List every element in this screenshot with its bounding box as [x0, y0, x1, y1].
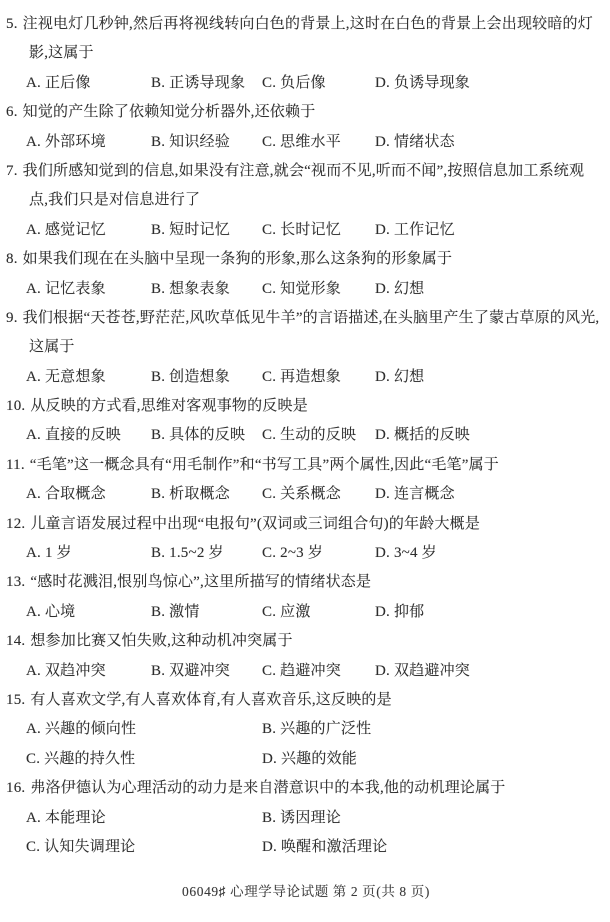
- option-text: 知觉形象: [280, 281, 341, 297]
- option-label: A.: [26, 369, 41, 385]
- option-text: 唤醒和激活理论: [281, 839, 387, 855]
- option-label: D.: [375, 486, 390, 502]
- option-label: C.: [262, 486, 276, 502]
- option-text: 应激: [280, 604, 310, 620]
- options-row: A.感觉记忆 B.短时记忆 C.长时记忆 D.工作记忆: [6, 216, 606, 245]
- question-13: 13.“感时花溅泪,恨别鸟惊心”,这里所描写的情绪状态是 A.心境 B.激情 C…: [6, 568, 606, 627]
- option-b: B.知识经验: [151, 128, 262, 157]
- question-12: 12.儿童言语发展过程中出现“电报句”(双词或三词组合句)的年龄大概是 A.1 …: [6, 510, 606, 569]
- options-row: A.1 岁 B.1.5~2 岁 C.2~3 岁 D.3~4 岁: [6, 539, 606, 568]
- option-c: C.关系概念: [262, 480, 375, 509]
- option-label: A.: [26, 810, 41, 826]
- option-label: C.: [262, 604, 276, 620]
- option-d: D.3~4 岁: [375, 539, 606, 568]
- option-text: 正诱导现象: [169, 75, 245, 91]
- option-text: 连言概念: [394, 486, 455, 502]
- question-stem-text: 弗洛伊德认为心理活动的动力是来自潜意识中的本我,他的动机理论属于: [30, 780, 505, 796]
- option-a: A.合取概念: [26, 480, 151, 509]
- question-stem: 6.知觉的产生除了依赖知觉分析器外,还依赖于: [6, 98, 606, 127]
- option-c: C.认知失调理论: [26, 833, 262, 862]
- option-text: 短时记忆: [169, 222, 230, 238]
- option-a: A.记忆表象: [26, 275, 151, 304]
- options-row: A.合取概念 B.析取概念 C.关系概念 D.连言概念: [6, 480, 606, 509]
- option-text: 兴趣的效能: [281, 751, 357, 767]
- option-label: D.: [375, 75, 390, 91]
- option-c: C.负后像: [262, 69, 375, 98]
- question-stem: 13.“感时花溅泪,恨别鸟惊心”,这里所描写的情绪状态是: [6, 568, 606, 597]
- question-stem-continuation: 点,我们只是对信息进行了: [6, 186, 606, 215]
- option-label: B.: [151, 75, 165, 91]
- option-label: B.: [262, 810, 276, 826]
- option-text: 具体的反映: [169, 427, 245, 443]
- option-label: A.: [26, 604, 41, 620]
- option-d: D.幻想: [375, 363, 606, 392]
- option-b: B.双避冲突: [151, 657, 262, 686]
- option-label: A.: [26, 721, 41, 737]
- question-number: 12.: [6, 516, 25, 532]
- option-label: D.: [375, 427, 390, 443]
- options-row: A.直接的反映 B.具体的反映 C.生动的反映 D.概括的反映: [6, 421, 606, 450]
- option-d: D.兴趣的效能: [262, 745, 606, 774]
- option-b: B.正诱导现象: [151, 69, 262, 98]
- option-text: 情绪状态: [394, 134, 455, 150]
- option-text: 外部环境: [45, 134, 106, 150]
- option-text: 无意想象: [45, 369, 106, 385]
- option-text: 合取概念: [45, 486, 106, 502]
- option-c: C.知觉形象: [262, 275, 375, 304]
- question-stem-text: 想参加比赛又怕失败,这种动机冲突属于: [30, 633, 292, 649]
- page-footer: 06049♯ 心理学导论试题 第 2 页(共 8 页): [6, 882, 606, 902]
- option-label: C.: [262, 134, 276, 150]
- option-b: B.诱因理论: [262, 804, 606, 833]
- option-label: B.: [151, 281, 165, 297]
- option-text: 兴趣的广泛性: [280, 721, 371, 737]
- option-a: A.兴趣的倾向性: [26, 715, 262, 744]
- option-label: D.: [262, 751, 277, 767]
- option-text: 想象表象: [169, 281, 230, 297]
- option-text: 创造想象: [169, 369, 230, 385]
- option-b: B.激情: [151, 598, 262, 627]
- question-stem-text: 我们根据“天苍苍,野茫茫,风吹草低见牛羊”的言语描述,在头脑里产生了蒙古草原的风…: [23, 310, 600, 326]
- question-stem-text: 注视电灯几秒钟,然后再将视线转向白色的背景上,这时在白色的背景上会出现较暗的灯: [23, 16, 593, 32]
- option-text: 兴趣的持久性: [44, 751, 135, 767]
- option-label: A.: [26, 75, 41, 91]
- option-d: D.负诱导现象: [375, 69, 606, 98]
- option-c: C.思维水平: [262, 128, 375, 157]
- question-6: 6.知觉的产生除了依赖知觉分析器外,还依赖于 A.外部环境 B.知识经验 C.思…: [6, 98, 606, 157]
- option-label: D.: [375, 281, 390, 297]
- option-c: C.长时记忆: [262, 216, 375, 245]
- option-text: 负诱导现象: [394, 75, 470, 91]
- question-number: 16.: [6, 780, 25, 796]
- question-14: 14.想参加比赛又怕失败,这种动机冲突属于 A.双趋冲突 B.双避冲突 C.趋避…: [6, 627, 606, 686]
- question-stem-text: “毛笔”这一概念具有“用毛制作”和“书写工具”两个属性,因此“毛笔”属于: [30, 457, 499, 473]
- option-a: A.本能理论: [26, 804, 262, 833]
- question-stem: 10.从反映的方式看,思维对客观事物的反映是: [6, 392, 606, 421]
- question-stem-continuation: 这属于: [6, 333, 606, 362]
- question-number: 11.: [6, 457, 25, 473]
- option-text: 3~4 岁: [394, 545, 437, 561]
- option-b: B.创造想象: [151, 363, 262, 392]
- option-d: D.概括的反映: [375, 421, 606, 450]
- option-label: A.: [26, 486, 41, 502]
- option-text: 2~3 岁: [280, 545, 323, 561]
- option-label: C.: [262, 281, 276, 297]
- options-row: A.心境 B.激情 C.应激 D.抑郁: [6, 598, 606, 627]
- options-row: A.记忆表象 B.想象表象 C.知觉形象 D.幻想: [6, 275, 606, 304]
- option-text: 记忆表象: [45, 281, 106, 297]
- option-a: A.正后像: [26, 69, 151, 98]
- options-row: A.正后像 B.正诱导现象 C.负后像 D.负诱导现象: [6, 69, 606, 98]
- option-text: 析取概念: [169, 486, 230, 502]
- options-row: A.双趋冲突 B.双避冲突 C.趋避冲突 D.双趋避冲突: [6, 657, 606, 686]
- option-text: 幻想: [394, 369, 424, 385]
- options-row: A.无意想象 B.创造想象 C.再造想象 D.幻想: [6, 363, 606, 392]
- question-stem-text: 从反映的方式看,思维对客观事物的反映是: [30, 398, 308, 414]
- question-number: 8.: [6, 251, 18, 267]
- option-text: 长时记忆: [280, 222, 341, 238]
- question-number: 15.: [6, 692, 25, 708]
- question-stem-text: 如果我们现在在头脑中呈现一条狗的形象,那么这条狗的形象属于: [23, 251, 453, 267]
- question-5: 5.注视电灯几秒钟,然后再将视线转向白色的背景上,这时在白色的背景上会出现较暗的…: [6, 10, 606, 98]
- question-stem: 7.我们所感知觉到的信息,如果没有注意,就会“视而不见,听而不闻”,按照信息加工…: [6, 157, 606, 186]
- option-label: D.: [375, 369, 390, 385]
- option-text: 概括的反映: [394, 427, 470, 443]
- question-number: 13.: [6, 574, 25, 590]
- options-row: C.兴趣的持久性 D.兴趣的效能: [6, 745, 606, 774]
- option-label: B.: [151, 486, 165, 502]
- option-label: D.: [375, 663, 390, 679]
- question-stem: 12.儿童言语发展过程中出现“电报句”(双词或三词组合句)的年龄大概是: [6, 510, 606, 539]
- option-text: 本能理论: [45, 810, 106, 826]
- option-a: A.外部环境: [26, 128, 151, 157]
- option-text: 1 岁: [45, 545, 72, 561]
- option-label: D.: [375, 545, 390, 561]
- option-b: B.想象表象: [151, 275, 262, 304]
- option-text: 正后像: [45, 75, 91, 91]
- question-15: 15.有人喜欢文学,有人喜欢体育,有人喜欢音乐,这反映的是 A.兴趣的倾向性 B…: [6, 686, 606, 774]
- question-stem: 5.注视电灯几秒钟,然后再将视线转向白色的背景上,这时在白色的背景上会出现较暗的…: [6, 10, 606, 39]
- option-c: C.生动的反映: [262, 421, 375, 450]
- option-d: D.情绪状态: [375, 128, 606, 157]
- exam-page: 5.注视电灯几秒钟,然后再将视线转向白色的背景上,这时在白色的背景上会出现较暗的…: [0, 0, 610, 922]
- option-b: B.具体的反映: [151, 421, 262, 450]
- option-label: B.: [151, 545, 165, 561]
- option-label: B.: [151, 663, 165, 679]
- option-label: C.: [262, 369, 276, 385]
- option-text: 生动的反映: [280, 427, 356, 443]
- option-text: 兴趣的倾向性: [45, 721, 136, 737]
- option-label: C.: [262, 427, 276, 443]
- option-text: 知识经验: [169, 134, 230, 150]
- question-number: 5.: [6, 16, 18, 32]
- option-d: D.抑郁: [375, 598, 606, 627]
- option-text: 工作记忆: [394, 222, 455, 238]
- option-a: A.直接的反映: [26, 421, 151, 450]
- question-number: 14.: [6, 633, 25, 649]
- question-number: 7.: [6, 163, 18, 179]
- question-7: 7.我们所感知觉到的信息,如果没有注意,就会“视而不见,听而不闻”,按照信息加工…: [6, 157, 606, 245]
- question-number: 6.: [6, 104, 18, 120]
- question-stem-text: 知觉的产生除了依赖知觉分析器外,还依赖于: [23, 104, 316, 120]
- option-text: 直接的反映: [45, 427, 121, 443]
- option-label: C.: [262, 75, 276, 91]
- option-d: D.双趋避冲突: [375, 657, 606, 686]
- question-number: 10.: [6, 398, 25, 414]
- option-label: A.: [26, 222, 41, 238]
- question-9: 9.我们根据“天苍苍,野茫茫,风吹草低见牛羊”的言语描述,在头脑里产生了蒙古草原…: [6, 304, 606, 392]
- option-d: D.幻想: [375, 275, 606, 304]
- question-stem-text: “感时花溅泪,恨别鸟惊心”,这里所描写的情绪状态是: [30, 574, 371, 590]
- option-text: 感觉记忆: [45, 222, 106, 238]
- option-label: B.: [151, 369, 165, 385]
- option-label: C.: [262, 663, 276, 679]
- option-label: B.: [151, 134, 165, 150]
- option-text: 认知失调理论: [44, 839, 135, 855]
- question-stem: 16.弗洛伊德认为心理活动的动力是来自潜意识中的本我,他的动机理论属于: [6, 774, 606, 803]
- option-label: C.: [26, 751, 40, 767]
- option-text: 1.5~2 岁: [169, 545, 224, 561]
- question-11: 11.“毛笔”这一概念具有“用毛制作”和“书写工具”两个属性,因此“毛笔”属于 …: [6, 451, 606, 510]
- option-text: 双趋避冲突: [394, 663, 470, 679]
- option-label: C.: [262, 545, 276, 561]
- question-stem-text: 儿童言语发展过程中出现“电报句”(双词或三词组合句)的年龄大概是: [30, 516, 480, 532]
- option-c: C.2~3 岁: [262, 539, 375, 568]
- option-b: B.析取概念: [151, 480, 262, 509]
- options-row: A.外部环境 B.知识经验 C.思维水平 D.情绪状态: [6, 128, 606, 157]
- question-stem: 9.我们根据“天苍苍,野茫茫,风吹草低见牛羊”的言语描述,在头脑里产生了蒙古草原…: [6, 304, 606, 333]
- option-label: C.: [26, 839, 40, 855]
- option-a: A.1 岁: [26, 539, 151, 568]
- option-c: C.应激: [262, 598, 375, 627]
- option-d: D.唤醒和激活理论: [262, 833, 606, 862]
- option-c: C.再造想象: [262, 363, 375, 392]
- option-text: 心境: [45, 604, 75, 620]
- question-stem: 8.如果我们现在在头脑中呈现一条狗的形象,那么这条狗的形象属于: [6, 245, 606, 274]
- option-text: 再造想象: [280, 369, 341, 385]
- option-text: 激情: [169, 604, 199, 620]
- option-label: D.: [262, 839, 277, 855]
- option-label: D.: [375, 222, 390, 238]
- option-label: A.: [26, 545, 41, 561]
- option-d: D.连言概念: [375, 480, 606, 509]
- option-text: 双趋冲突: [45, 663, 106, 679]
- option-text: 诱因理论: [280, 810, 341, 826]
- question-stem: 14.想参加比赛又怕失败,这种动机冲突属于: [6, 627, 606, 656]
- question-stem-text: 我们所感知觉到的信息,如果没有注意,就会“视而不见,听而不闻”,按照信息加工系统…: [23, 163, 585, 179]
- question-stem: 11.“毛笔”这一概念具有“用毛制作”和“书写工具”两个属性,因此“毛笔”属于: [6, 451, 606, 480]
- option-label: D.: [375, 604, 390, 620]
- option-b: B.兴趣的广泛性: [262, 715, 606, 744]
- option-a: A.双趋冲突: [26, 657, 151, 686]
- option-label: B.: [151, 427, 165, 443]
- question-16: 16.弗洛伊德认为心理活动的动力是来自潜意识中的本我,他的动机理论属于 A.本能…: [6, 774, 606, 862]
- option-b: B.1.5~2 岁: [151, 539, 262, 568]
- option-a: A.感觉记忆: [26, 216, 151, 245]
- option-label: A.: [26, 663, 41, 679]
- question-stem-continuation: 影,这属于: [6, 39, 606, 68]
- option-c: C.趋避冲突: [262, 657, 375, 686]
- option-label: C.: [262, 222, 276, 238]
- option-text: 负后像: [280, 75, 326, 91]
- question-stem: 15.有人喜欢文学,有人喜欢体育,有人喜欢音乐,这反映的是: [6, 686, 606, 715]
- question-10: 10.从反映的方式看,思维对客观事物的反映是 A.直接的反映 B.具体的反映 C…: [6, 392, 606, 451]
- option-text: 思维水平: [280, 134, 341, 150]
- option-text: 幻想: [394, 281, 424, 297]
- option-b: B.短时记忆: [151, 216, 262, 245]
- options-row: A.本能理论 B.诱因理论: [6, 804, 606, 833]
- option-text: 抑郁: [394, 604, 424, 620]
- options-row: C.认知失调理论 D.唤醒和激活理论: [6, 833, 606, 862]
- option-label: A.: [26, 427, 41, 443]
- option-c: C.兴趣的持久性: [26, 745, 262, 774]
- option-text: 关系概念: [280, 486, 341, 502]
- option-label: B.: [262, 721, 276, 737]
- option-label: A.: [26, 281, 41, 297]
- option-label: B.: [151, 604, 165, 620]
- option-a: A.心境: [26, 598, 151, 627]
- options-row: A.兴趣的倾向性 B.兴趣的广泛性: [6, 715, 606, 744]
- option-text: 双避冲突: [169, 663, 230, 679]
- question-stem-text: 有人喜欢文学,有人喜欢体育,有人喜欢音乐,这反映的是: [30, 692, 391, 708]
- question-8: 8.如果我们现在在头脑中呈现一条狗的形象,那么这条狗的形象属于 A.记忆表象 B…: [6, 245, 606, 304]
- option-d: D.工作记忆: [375, 216, 606, 245]
- option-text: 趋避冲突: [280, 663, 341, 679]
- question-number: 9.: [6, 310, 18, 326]
- option-label: B.: [151, 222, 165, 238]
- option-label: A.: [26, 134, 41, 150]
- option-label: D.: [375, 134, 390, 150]
- option-a: A.无意想象: [26, 363, 151, 392]
